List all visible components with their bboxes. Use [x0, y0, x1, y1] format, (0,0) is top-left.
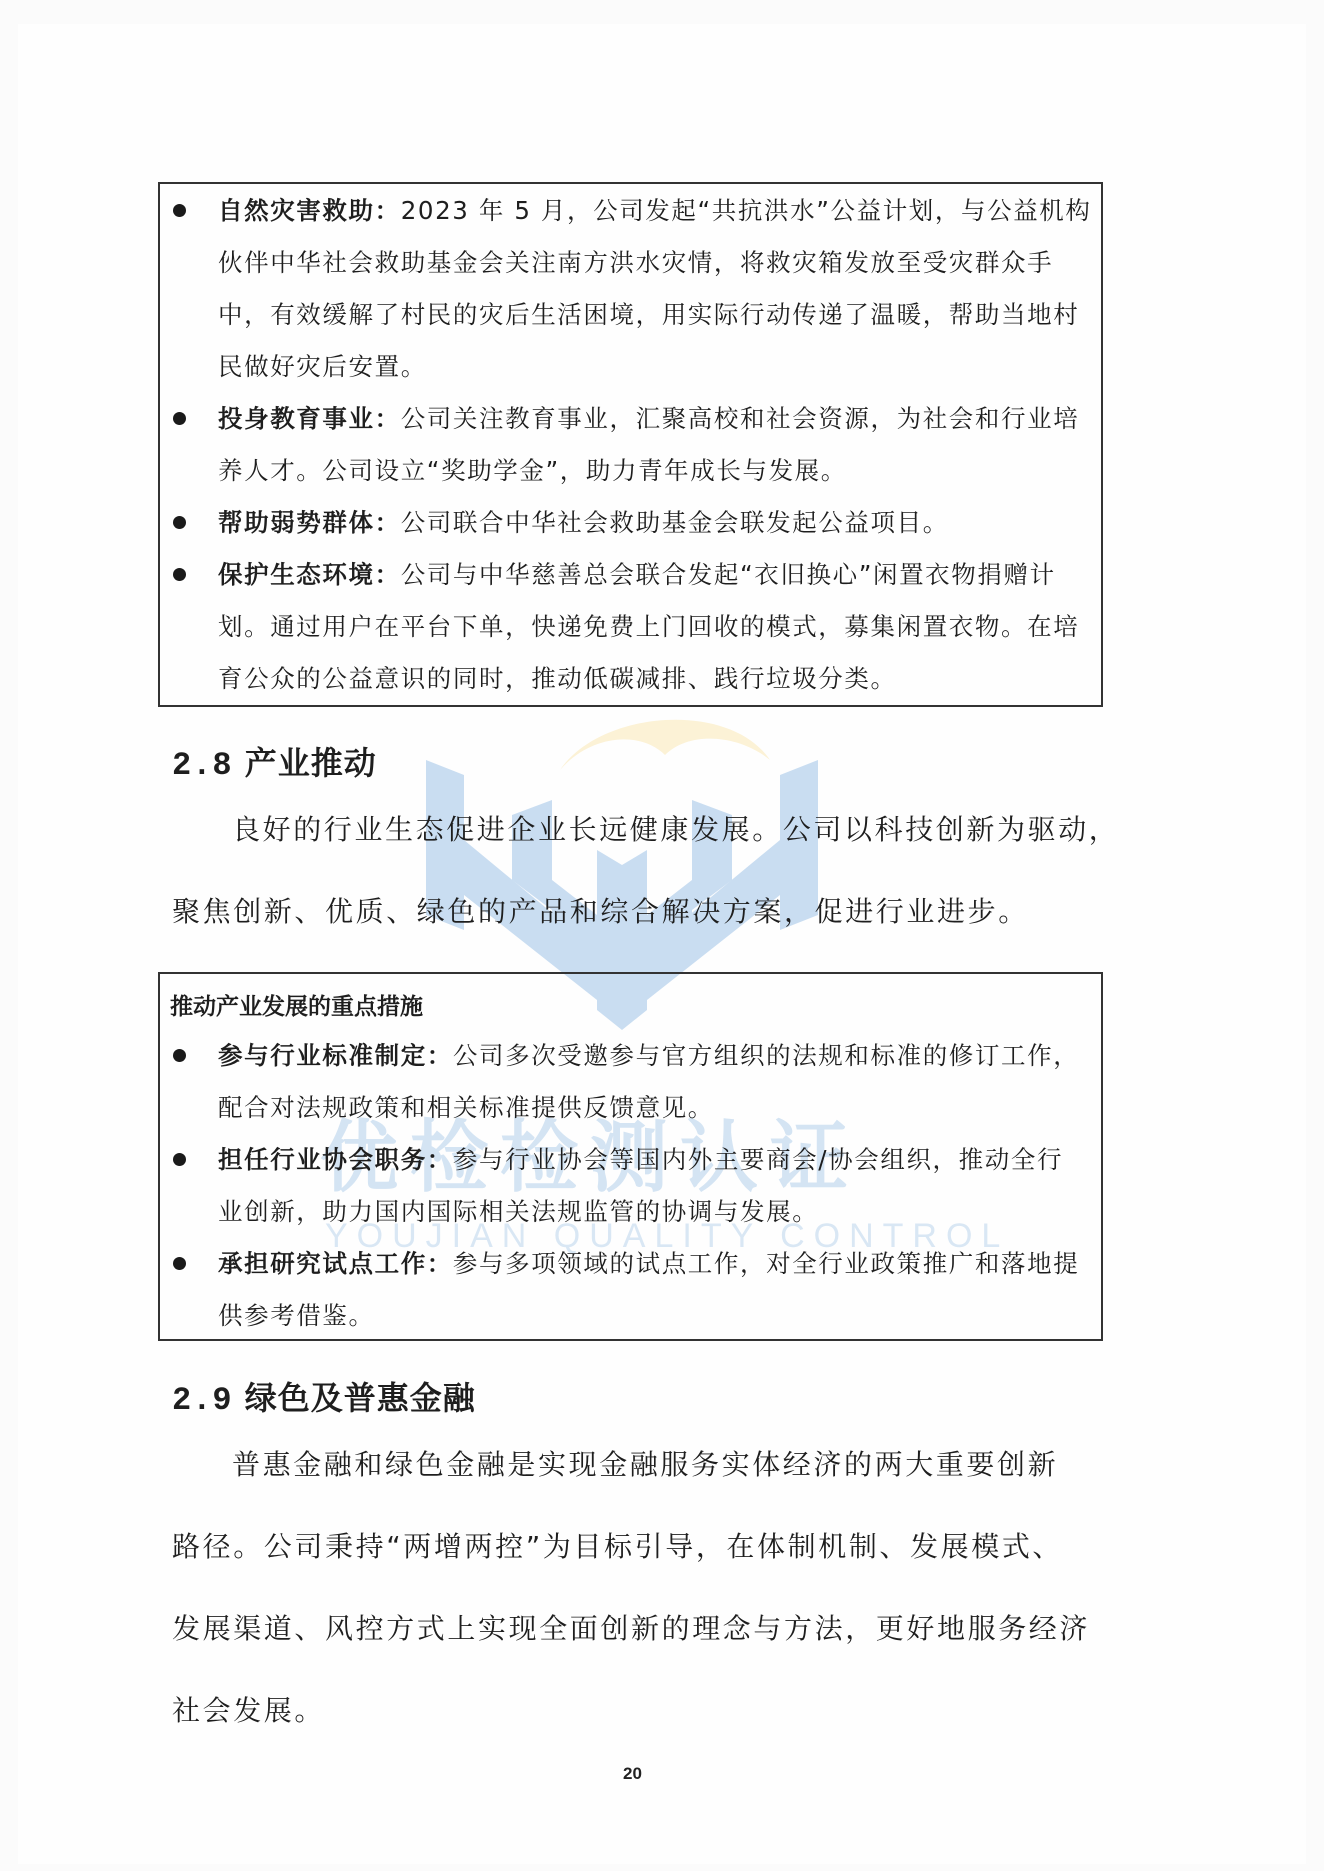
item-text-line: 供参考借鉴。	[218, 1300, 375, 1332]
bullet-icon	[173, 1049, 186, 1062]
paragraph-line: 聚焦创新、优质、绿色的产品和综合解决方案，促进行业进步。	[172, 894, 1029, 930]
paragraph-line: 路径。公司秉持“两增两控”为目标引导，在体制机制、发展模式、	[172, 1529, 1063, 1565]
paragraph-line: 普惠金融和绿色金融是实现金融服务实体经济的两大重要创新	[232, 1447, 1058, 1483]
item-text: 参与行业协会等国内外主要商会/协会组织，推动全行	[453, 1145, 1063, 1174]
item-text-line: 育公众的公益意识的同时，推动低碳减排、践行垃圾分类。	[218, 663, 897, 695]
item-lead: 担任行业协会职务：	[218, 1145, 453, 1174]
list-item-education: 投身教育事业：公司关注教育事业，汇聚高校和社会资源，为社会和行业培	[218, 403, 1079, 435]
section-title: 产业推动	[245, 744, 377, 782]
item-lead: 帮助弱势群体：	[218, 508, 401, 537]
item-text-line: 养人才。公司设立“奖助学金”，助力青年成长与发展。	[218, 455, 847, 487]
bullet-icon	[173, 1153, 186, 1166]
list-item-vulnerable-groups: 帮助弱势群体：公司联合中华社会救助基金会联发起公益项目。	[218, 507, 949, 539]
item-text: 参与多项领域的试点工作，对全行业政策推广和落地提	[453, 1249, 1079, 1278]
list-item-pilot-work: 承担研究试点工作：参与多项领域的试点工作，对全行业政策推广和落地提	[218, 1248, 1079, 1280]
industry-measures-box: 推动产业发展的重点措施 参与行业标准制定：公司多次受邀参与官方组织的法规和标准的…	[158, 972, 1103, 1341]
item-text: 2023 年 5 月，公司发起“共抗洪水”公益计划，与公益机构	[401, 196, 1092, 225]
bullet-icon	[173, 516, 186, 529]
item-lead: 保护生态环境：	[218, 560, 401, 589]
list-item-disaster-relief: 自然灾害救助：2023 年 5 月，公司发起“共抗洪水”公益计划，与公益机构	[218, 195, 1092, 227]
item-lead: 参与行业标准制定：	[218, 1041, 453, 1070]
item-text-line: 配合对法规政策和相关标准提供反馈意见。	[218, 1092, 714, 1124]
paragraph-line: 发展渠道、风控方式上实现全面创新的理念与方法，更好地服务经济	[172, 1611, 1090, 1647]
page-number: 20	[623, 1764, 642, 1784]
section-number: 2.8	[172, 747, 233, 784]
list-item-associations: 担任行业协会职务：参与行业协会等国内外主要商会/协会组织，推动全行	[218, 1144, 1063, 1176]
list-item-environment: 保护生态环境：公司与中华慈善总会联合发起“衣旧换心”闲置衣物捐赠计	[218, 559, 1056, 591]
item-lead: 自然灾害救助：	[218, 196, 401, 225]
item-text: 公司多次受邀参与官方组织的法规和标准的修订工作，	[453, 1041, 1079, 1070]
item-text: 公司与中华慈善总会联合发起“衣旧换心”闲置衣物捐赠计	[401, 560, 1056, 589]
item-text-line: 民做好灾后安置。	[218, 351, 427, 383]
bullet-icon	[173, 1257, 186, 1270]
item-text: 公司关注教育事业，汇聚高校和社会资源，为社会和行业培	[401, 404, 1080, 433]
list-item-standards: 参与行业标准制定：公司多次受邀参与官方组织的法规和标准的修订工作，	[218, 1040, 1079, 1072]
section-number: 2.9	[172, 1382, 233, 1419]
item-text-line: 业创新，助力国内国际相关法规监管的协调与发展。	[218, 1196, 818, 1228]
box-title: 推动产业发展的重点措施	[170, 988, 423, 1021]
section-heading-2-8: 2.8 产业推动	[172, 738, 377, 784]
item-lead: 投身教育事业：	[218, 404, 401, 433]
paragraph-line: 社会发展。	[172, 1693, 325, 1729]
bullet-icon	[173, 204, 186, 217]
item-text-line: 划。通过用户在平台下单，快递免费上门回收的模式，募集闲置衣物。在培	[218, 611, 1079, 643]
item-text-line: 伙伴中华社会救助基金会关注南方洪水灾情，将救灾箱发放至受灾群众手	[218, 247, 1053, 279]
item-text-line: 中，有效缓解了村民的灾后生活困境，用实际行动传递了温暖，帮助当地村	[218, 299, 1079, 331]
item-lead: 承担研究试点工作：	[218, 1249, 453, 1278]
bullet-icon	[173, 568, 186, 581]
section-title: 绿色及普惠金融	[245, 1379, 476, 1417]
charity-activities-box: 自然灾害救助：2023 年 5 月，公司发起“共抗洪水”公益计划，与公益机构 伙…	[158, 182, 1103, 707]
item-text: 公司联合中华社会救助基金会联发起公益项目。	[401, 508, 949, 537]
section-heading-2-9: 2.9 绿色及普惠金融	[172, 1373, 476, 1419]
paragraph-line: 良好的行业生态促进企业长远健康发展。公司以科技创新为驱动，	[232, 812, 1119, 848]
bullet-icon	[173, 412, 186, 425]
